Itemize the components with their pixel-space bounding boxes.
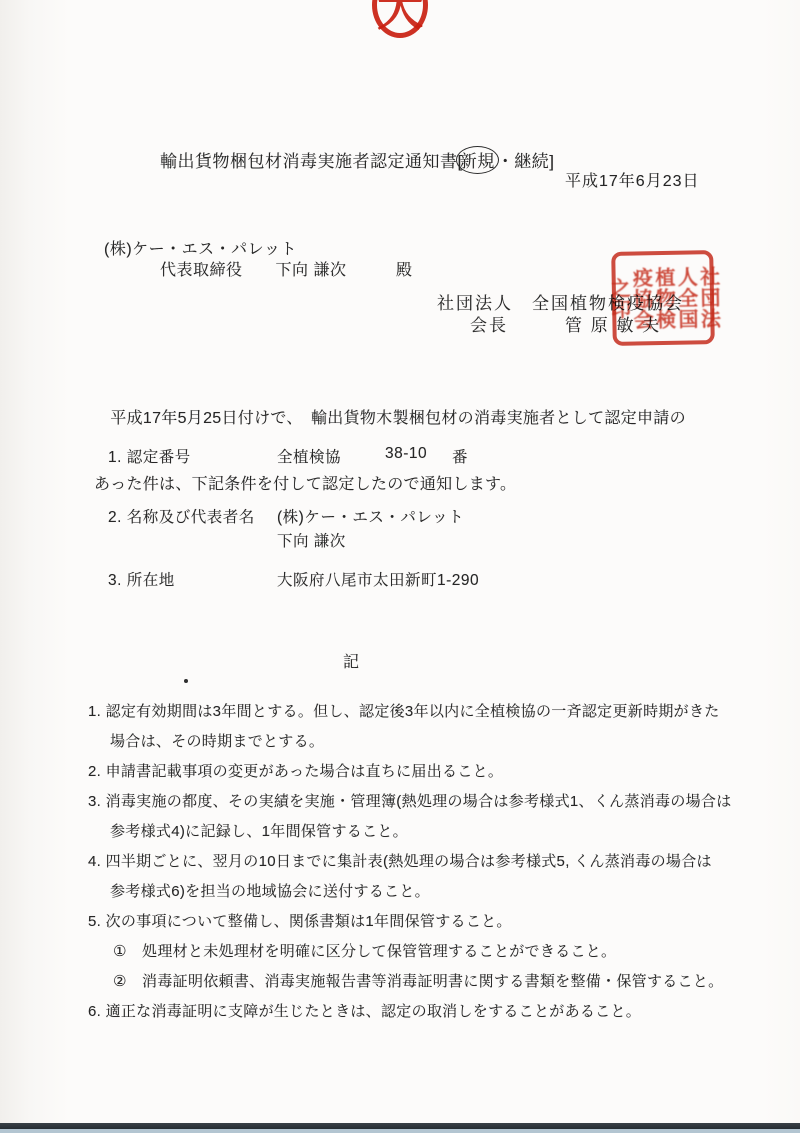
condition-4-line-1: 4. 四半期ごとに、翌月の10日までに集計表(熱処理の場合は参考様式5, くん蒸… <box>88 847 768 877</box>
field-label-address: 3. 所在地 <box>108 568 175 590</box>
scanned-document-page: 大 輸出貨物梱包材消毒実施者認定通知書[新規・継続] 平成17年6月23日 (株… <box>0 0 800 1133</box>
ink-speck <box>184 679 188 683</box>
conditions-list: 1. 認定有効期間は3年間とする。但し、認定後3年以内に全植検協の一斉認定更新時… <box>88 697 768 1027</box>
condition-5-subitem-2: ② 消毒証明依頼書、消毒実施報告書等消毒証明書に関する書類を整備・保管すること。 <box>88 967 768 997</box>
document-title-suffix: ・継続] <box>497 152 555 171</box>
condition-3-line-1: 3. 消毒実施の都度、その実績を実施・管理簿(熱処理の場合は参考様式1、くん蒸消… <box>88 787 768 817</box>
condition-5-line-1: 5. 次の事項について整備し、関係書類は1年間保管すること。 <box>88 907 768 937</box>
field-value-company-name: (株)ケー・エス・パレット <box>277 505 464 527</box>
field-value-unit: 番 <box>452 445 468 467</box>
top-seal-glyph: 大 <box>377 0 423 32</box>
field-label-name-representative: 2. 名称及び代表者名 <box>108 505 255 527</box>
recipient-representative: 代表取締役 下向 謙次 殿 <box>160 257 412 280</box>
top-red-seal: 大 <box>372 0 428 38</box>
circled-shinki-mark: 新規 <box>456 146 499 174</box>
condition-5-subitem-1: ① 処理材と未処理材を明確に区分して保管管理することができること。 <box>88 937 768 967</box>
field-value-address: 大阪府八尾市太田新町1-290 <box>277 568 479 590</box>
field-value-representative-name: 下向 謙次 <box>277 529 346 551</box>
document-title-prefix: 輸出貨物梱包材消毒実施者認定通知書[ <box>160 152 463 171</box>
document-title: 輸出貨物梱包材消毒実施者認定通知書[新規・継続] <box>160 146 554 174</box>
body-line-2: あった件は、下記条件を付して認定したので通知します。 <box>94 474 686 496</box>
condition-6-line-1: 6. 適正な消毒証明に支障が生じたときは、認定の取消しをすることがあること。 <box>88 997 768 1027</box>
field-value-number: 38-10 <box>385 445 427 463</box>
field-value-org: 全植検協 <box>277 445 341 467</box>
recipient-company: (株)ケー・エス・パレット <box>104 236 297 259</box>
condition-3-line-2: 参考様式4)に記録し、1年間保管すること。 <box>88 817 768 847</box>
scan-bottom-edge-light <box>0 1129 800 1133</box>
issuer-seal-text: 社団法人全国植物検疫協会之印 <box>606 256 719 340</box>
body-line-1: 平成17年5月25日付けで、 輸出貨物木製梱包材の消毒実施者として認定申請の <box>94 408 686 430</box>
notice-heading-ki: 記 <box>343 649 361 672</box>
condition-1-line-1: 1. 認定有効期間は3年間とする。但し、認定後3年以内に全植検協の一斉認定更新時… <box>88 697 768 727</box>
condition-4-line-2: 参考様式6)を担当の地域協会に送付すること。 <box>88 877 768 907</box>
condition-2-line-1: 2. 申請書記載事項の変更があった場合は直ちに届出ること。 <box>88 757 768 787</box>
issue-date: 平成17年6月23日 <box>565 168 700 191</box>
field-label-certification-number: 1. 認定番号 <box>108 445 191 467</box>
issuer-seal-stamp: 社団法人全国植物検疫協会之印 <box>611 250 715 346</box>
condition-1-line-2: 場合は、その時期までとする。 <box>88 727 768 757</box>
